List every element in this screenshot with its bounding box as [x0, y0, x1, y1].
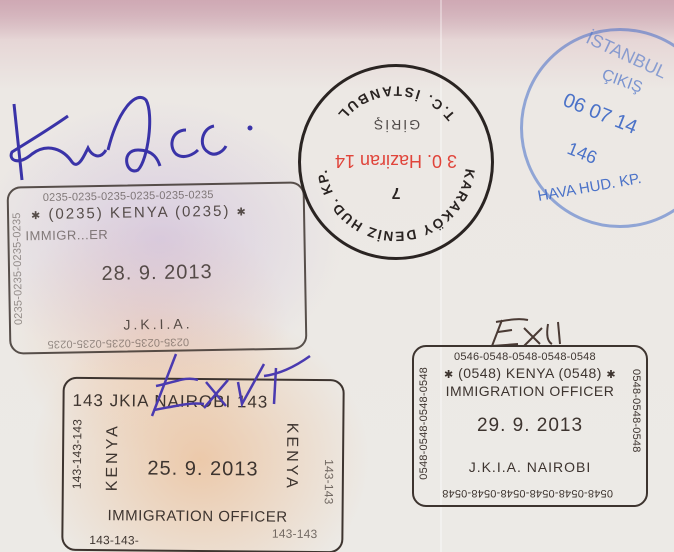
stamp-serial-bottom: 0548-0548-0548-0548-0548-0548	[442, 487, 613, 499]
stamp-date: 06 07 14	[560, 89, 641, 139]
passport-page: 0235-0235-0235-0235-0235-0235 ✱ (0235) K…	[0, 0, 674, 552]
stamp-date: 28. 9. 2013	[10, 259, 304, 287]
stamp-header: ✱ (0548) KENYA (0548) ✱	[414, 365, 646, 381]
svg-text:KARAKÖY DENİZ HUD. KP.: KARAKÖY DENİZ HUD. KP.	[315, 168, 478, 244]
stamp-header: ✱ (0235) KENYA (0235) ✱	[31, 202, 248, 223]
stamp-serial-side: 0235-0235-0235-0235	[11, 212, 25, 325]
stamp-serial-left: 0548-0548-0548-0548	[418, 367, 430, 480]
star-icon: ✱	[236, 206, 247, 218]
stamp-number: 146	[564, 138, 600, 169]
signature-top-left	[8, 90, 248, 185]
stamp-date: 29. 9. 2013	[414, 415, 646, 437]
kenya-stamp-28-sep-2013: 0235-0235-0235-0235-0235-0235 ✱ (0235) K…	[7, 181, 308, 354]
star-icon: ✱	[606, 369, 616, 381]
star-icon: ✱	[444, 369, 454, 381]
passport-page-edge	[0, 0, 674, 40]
stamp-role: IMMIGR...ER	[25, 227, 108, 243]
stamp-number: 7	[301, 183, 491, 201]
turkey-exit-stamp: İSTANBUL ÇIKIŞ 06 07 14 146 HAVA HUD. KP…	[520, 28, 674, 228]
turkey-entry-stamp: KARAKÖY DENİZ HUD. KP. T.C. İSTANBUL 7 3…	[298, 64, 494, 260]
stamp-role: IMMIGRATION OFFICER	[414, 383, 646, 399]
ring-top-text: KARAKÖY DENİZ HUD. KP.	[315, 168, 478, 244]
stamp-serial-top: 0235-0235-0235-0235-0235-0235	[43, 189, 214, 204]
stamp-date: 3 0. Haziran 14	[301, 150, 491, 171]
stamp-date: 25. 9. 2013	[64, 457, 342, 482]
stamp-serial-right: 0548-0548-0548	[630, 369, 642, 453]
signature-bottom-left	[146, 346, 316, 431]
kenya-stamp-29-sep-2013: 0546-0548-0548-0548-0548 ✱ (0548) KENYA …	[412, 345, 648, 507]
stamp-serial-bottom-left: 143-143-	[89, 533, 139, 547]
ring-bottom-text: HAVA HUD. KP.	[536, 170, 642, 205]
stamp-serial-top: 0546-0548-0548-0548-0548	[454, 351, 596, 363]
star-icon: ✱	[31, 210, 42, 222]
stamp-role: IMMIGRATION OFFICER	[107, 507, 287, 526]
stamp-place: J.K.I.A. NAIROBI	[414, 459, 646, 475]
stamp-type: GİRİŞ	[301, 117, 491, 133]
stamp-serial-bottom-right: 143-143	[272, 527, 318, 541]
stamp-place: J.K.I.A.	[11, 313, 305, 334]
